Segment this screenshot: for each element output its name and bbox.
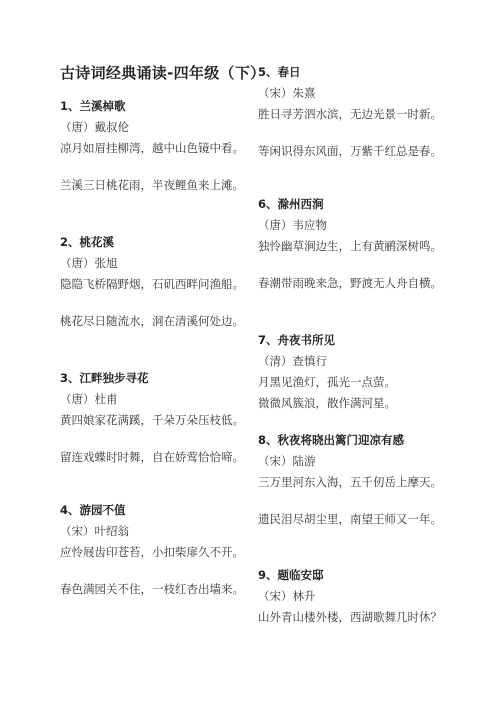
poem-line: 凉月如眉挂柳湾，越中山色镜中看。 (60, 138, 244, 159)
poem-author: （唐）戴叔伦 (60, 117, 244, 138)
poem-line: 遗民泪尽胡尘里，南望王师又一年。 (258, 509, 442, 530)
poem-line: 等闲识得东风面，万紫千红总是春。 (258, 141, 442, 162)
poem-title: 9、题临安邸 (258, 565, 442, 586)
poem-5: 5、春日 （宋）朱熹 胜日寻芳泗水滨，无边光景一时新。 等闲识得东风面，万紫千红… (258, 62, 442, 162)
poem-4: 4、游园不值 （宋）叶绍翁 应怜屐齿印苍苔，小扣柴扉久不开。 春色满园关不住，一… (60, 500, 244, 600)
poem-line: 三万里河东入海，五千仞岳上摩天。 (258, 472, 442, 493)
poem-6: 6、滁州西涧 （唐）韦应物 独怜幽草涧边生，上有黄鹂深树鸣。 春潮带雨晚来急，野… (258, 194, 442, 294)
poem-author: （唐）张旭 (60, 253, 244, 274)
poem-line: 胜日寻芳泗水滨，无边光景一时新。 (258, 104, 442, 125)
poem-author: （清）查慎行 (258, 351, 396, 372)
poem-line: 隐隐飞桥隔野烟，石矶西畔问渔船。 (60, 274, 244, 295)
poem-line: 留连戏蝶时时舞，自在娇莺恰恰啼。 (60, 447, 244, 468)
poem-author: （唐）韦应物 (258, 215, 442, 236)
poem-8: 8、秋夜将晓出篱门迎凉有感 （宋）陆游 三万里河东入海，五千仞岳上摩天。 遗民泪… (258, 430, 442, 530)
poem-2: 2、桃花溪 （唐）张旭 隐隐飞桥隔野烟，石矶西畔问渔船。 桃花尽日随流水，洞在清… (60, 232, 244, 332)
poem-line: 春潮带雨晚来急，野渡无人舟自横。 (258, 273, 442, 294)
poem-1: 1、兰溪棹歌 （唐）戴叔伦 凉月如眉挂柳湾，越中山色镜中看。 兰溪三日桃花雨，半… (60, 96, 244, 196)
poem-title: 3、江畔独步寻花 (60, 368, 244, 389)
poem-author: （宋）叶绍翁 (60, 521, 244, 542)
poem-line: 应怜屐齿印苍苔，小扣柴扉久不开。 (60, 542, 244, 563)
page-title: 古诗词经典诵读-四年级（下） (60, 62, 265, 83)
poem-title: 8、秋夜将晓出篱门迎凉有感 (258, 430, 442, 451)
poem-line: 春色满园关不住，一枝红杏出墙来。 (60, 579, 244, 600)
poem-author: （宋）林升 (258, 586, 442, 607)
poem-title: 7、舟夜书所见 (258, 330, 396, 351)
poem-author: （唐）杜甫 (60, 389, 244, 410)
poem-author: （宋）陆游 (258, 451, 442, 472)
poem-7: 7、舟夜书所见 （清）查慎行 月黑见渔灯，孤光一点萤。 微微风簇浪，散作满河星。 (258, 330, 396, 414)
poem-line: 桃花尽日随流水，洞在清溪何处边。 (60, 311, 244, 332)
poem-3: 3、江畔独步寻花 （唐）杜甫 黄四娘家花满蹊，千朵万朵压枝低。 留连戏蝶时时舞，… (60, 368, 244, 468)
poem-line: 独怜幽草涧边生，上有黄鹂深树鸣。 (258, 236, 442, 257)
poem-title: 6、滁州西涧 (258, 194, 442, 215)
poem-9: 9、题临安邸 （宋）林升 山外青山楼外楼，西湖歌舞几时休？ (258, 565, 442, 628)
poem-line: 黄四娘家花满蹊，千朵万朵压枝低。 (60, 410, 244, 431)
poem-title: 2、桃花溪 (60, 232, 244, 253)
poem-line: 月黑见渔灯，孤光一点萤。 (258, 372, 396, 393)
poem-line: 兰溪三日桃花雨，半夜鲤鱼来上滩。 (60, 175, 244, 196)
poem-title: 4、游园不值 (60, 500, 244, 521)
poem-title: 5、春日 (258, 62, 442, 83)
poem-author: （宋）朱熹 (258, 83, 442, 104)
poem-line: 山外青山楼外楼，西湖歌舞几时休？ (258, 607, 442, 628)
poem-title: 1、兰溪棹歌 (60, 96, 244, 117)
poem-line: 微微风簇浪，散作满河星。 (258, 393, 396, 414)
